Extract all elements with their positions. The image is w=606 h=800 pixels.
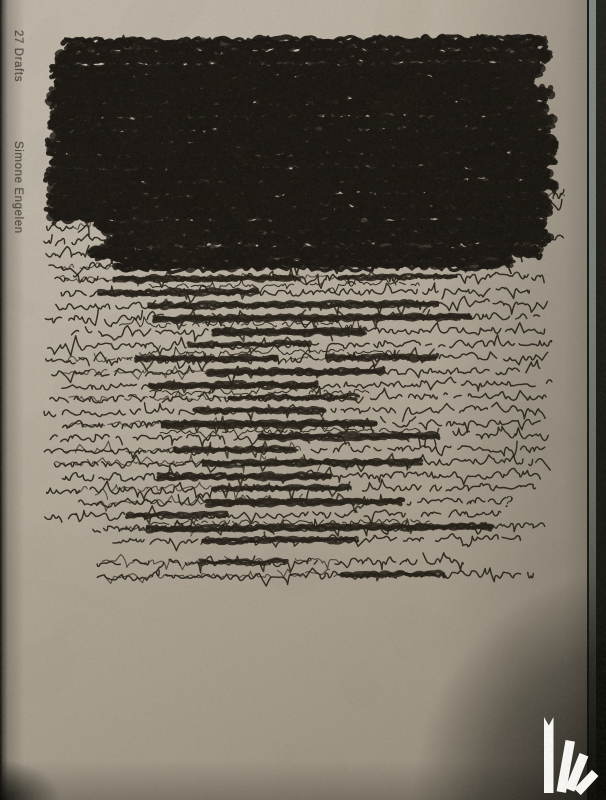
book-author: Simone Engelen — [12, 141, 24, 234]
handwritten-draft-text: ?? — [0, 0, 606, 800]
falling-books-logo — [532, 686, 604, 798]
logo-book-upright — [544, 717, 554, 793]
book-cover-photo: ?? 27 Drafts Simone Engelen — [0, 0, 606, 800]
question-mark-glyph: ? — [503, 493, 514, 512]
book-title: 27 Drafts — [12, 30, 24, 82]
spine-text: 27 Drafts Simone Engelen — [12, 30, 24, 234]
page-edge-highlight — [587, 0, 596, 800]
background-right-band — [596, 0, 606, 800]
